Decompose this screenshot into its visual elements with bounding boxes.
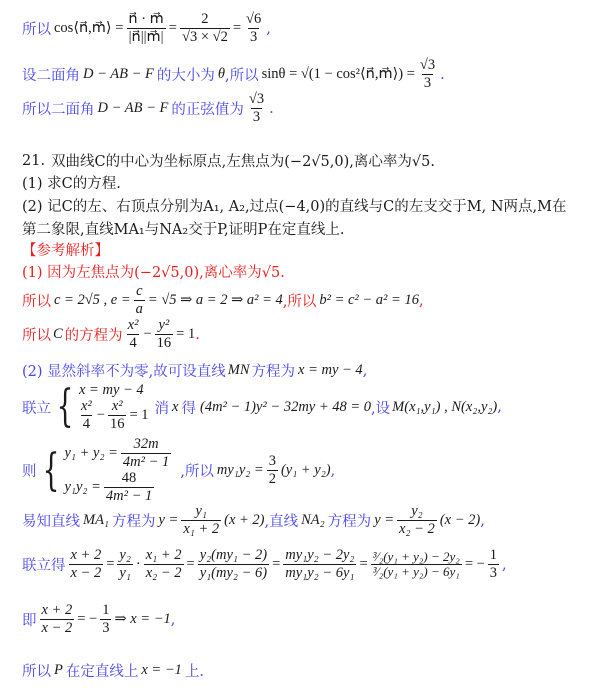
text: 则	[22, 460, 37, 481]
fraction: y²16	[155, 318, 174, 352]
text: ,	[331, 463, 336, 479]
text: ,	[171, 612, 176, 628]
text: 易知直线	[22, 510, 80, 531]
fraction: y₂y₁	[117, 548, 132, 582]
sol2-result: 即 x + 2x − 2 = − 13 ⇒ x = −1 ,	[22, 603, 175, 637]
text: (1) 求C的方程.	[22, 172, 121, 193]
fraction: x + 2x − 2	[40, 603, 75, 637]
problem-part2-line1: (2) 记C的左、右顶点分别为A₁, A₂,过点(−4,0)的直线与C的左支交于…	[22, 195, 566, 216]
math: = 1	[129, 407, 148, 424]
sol2-lines: 易知直线 MA₁ 方程为 y = y₁x₁ + 2 (x + 2) ,直线 NA…	[22, 504, 485, 538]
math: = −	[465, 556, 485, 573]
text: .	[269, 101, 274, 117]
text: ,	[266, 21, 271, 37]
text: 双曲线C的中心为坐标原点,左焦点为(−2√5,0),离心率为√5.	[51, 150, 435, 171]
math: (x − 2)	[440, 512, 480, 529]
math: D − AB − F	[98, 100, 169, 117]
fraction: 2√3 × √2	[180, 12, 230, 46]
math: =	[233, 20, 241, 37]
text: 所以	[22, 290, 51, 311]
fraction: y₂(my₁ − 2)y₁(my₂ − 6)	[198, 548, 269, 582]
text: ,	[363, 363, 368, 379]
math: =	[359, 556, 367, 573]
math: x = −1	[141, 662, 182, 679]
equation-system: { y₁ + y₂ = 32m4m² − 1 y₁y₂ = 484m² − 1	[37, 437, 175, 504]
text: 方程为	[112, 510, 156, 531]
prev-line-1: 所以 cos⟨n⃗,m⃗⟩ = n⃗ · m⃗|n⃗||m⃗| = 2√3 × …	[22, 12, 271, 46]
sol1-line2: 所以 c = 2√5 , e = ca = √5 ⇒ a = 2 ⇒ a² = …	[22, 284, 424, 318]
text: (2) 记C的左、右顶点分别为A₁, A₂,过点(−4,0)的直线与C的左支交于…	[22, 195, 566, 216]
math: y₁y₂ =	[65, 479, 101, 496]
math: y =	[374, 512, 394, 529]
math: = √5 ⇒ a = 2 ⇒ a² = 4	[148, 292, 283, 309]
fraction: x²16	[108, 399, 127, 433]
text: (2) 显然斜率不为零,故可设直线	[22, 360, 226, 381]
math: −	[143, 326, 151, 343]
fraction: 484m² − 1	[104, 471, 154, 505]
fraction: n⃗ · m⃗|n⃗||m⃗|	[126, 12, 165, 46]
text: 在定直线上	[66, 660, 139, 681]
text: 的大小为	[157, 64, 215, 85]
text: 上.	[185, 660, 204, 681]
math: (4m² − 1)y² − 32my + 48 = 0	[200, 399, 371, 416]
problem-part1: (1) 求C的方程.	[22, 172, 121, 193]
section-heading: 【参考解析】	[22, 239, 109, 260]
text: ,	[497, 399, 502, 415]
math: x = my − 4	[298, 362, 363, 379]
prev-line-3: 所以二面角 D − AB − F 的正弦值为 √33 .	[22, 92, 274, 126]
sol2-system: 联立 { x = my − 4 x²4 − x²16 = 1 消 x 得 (4m…	[22, 382, 502, 433]
text: 所以	[22, 324, 51, 345]
math: P	[54, 662, 63, 679]
text: 即	[22, 609, 37, 630]
text: ,所以	[225, 64, 259, 85]
math: y₁ + y₂ =	[65, 445, 118, 462]
fraction: 13	[488, 548, 499, 582]
math: M(x₁,y₁) , N(x₂,y₂)	[392, 399, 497, 416]
text: 得	[181, 397, 196, 418]
sol2-final: 所以 P 在定直线上 x = −1 上.	[22, 660, 204, 681]
math: my₁y₂ =	[217, 462, 264, 479]
text: ,	[419, 293, 424, 309]
math: MN	[228, 362, 250, 379]
math: =	[106, 556, 114, 573]
text: 方程为	[328, 510, 372, 531]
math: θ	[218, 66, 225, 83]
sol1-line3: 所以 C 的方程为 x²4 − y²16 = 1 .	[22, 318, 200, 352]
fraction: 32	[267, 454, 278, 488]
fraction: √33	[418, 58, 437, 92]
fraction: x₁ + 2x₂ − 2	[144, 548, 184, 582]
fraction: ca	[134, 284, 145, 318]
math: x = my − 4	[79, 382, 149, 399]
fraction: √63	[244, 12, 263, 46]
text: ,所以	[283, 290, 317, 311]
text: 设二面角	[22, 64, 80, 85]
text: 第二象限,直线MA₁与NA₂交于P,证明P在定直线上.	[22, 218, 345, 239]
text: ,	[502, 557, 507, 573]
math: b² = c² − a² = 16	[319, 292, 419, 309]
text: 的正弦值为	[171, 98, 244, 119]
text: 所以	[22, 660, 51, 681]
math: =	[272, 556, 280, 573]
problem-number: 21.	[22, 153, 45, 169]
text: 所以二面角	[22, 98, 95, 119]
problem-statement: 21. 双曲线C的中心为坐标原点,左焦点为(−2√5,0),离心率为√5.	[22, 150, 435, 171]
text: ,	[480, 513, 485, 529]
brace-icon: {	[42, 449, 59, 493]
text: 联立得	[22, 554, 66, 575]
math: =	[169, 20, 177, 37]
fraction: 13	[100, 603, 111, 637]
text: .	[440, 67, 445, 83]
fraction: ³⁄₂(y₁ + y₂) − 2y₂³⁄₂(y₁ + y₂) − 6y₁	[371, 550, 462, 580]
math: (y₁ + y₂)	[281, 462, 331, 479]
text: ,直线	[265, 510, 299, 531]
sol2-vieta: 则 { y₁ + y₂ = 32m4m² − 1 y₁y₂ = 484m² − …	[22, 437, 335, 504]
fraction: x²4	[126, 318, 141, 352]
math: ·	[136, 556, 141, 573]
problem-part2-line2: 第二象限,直线MA₁与NA₂交于P,证明P在定直线上.	[22, 218, 345, 239]
math: (x + 2)	[224, 512, 264, 529]
fraction: x²4	[79, 399, 94, 433]
sol2-line1: (2) 显然斜率不为零,故可设直线 MN 方程为 x = my − 4 ,	[22, 360, 367, 381]
math: ⇒ x = −1	[114, 611, 170, 628]
fraction: y₁x₁ + 2	[181, 504, 221, 538]
text: .	[195, 327, 200, 343]
fraction: my₁y₂ − 2y₂my₁y₂ − 6y₁	[283, 548, 356, 582]
text: (1) 因为左焦点为(−2√5,0),离心率为√5.	[22, 261, 285, 282]
fraction: y₂x₂ − 2	[397, 504, 437, 538]
answer-header: 【参考解析】	[22, 239, 109, 260]
text: 所以	[22, 18, 51, 39]
fraction: 32m4m² − 1	[121, 437, 171, 471]
text: 的方程为	[65, 324, 123, 345]
math: = 1	[176, 326, 195, 343]
fraction: x + 2x − 2	[69, 548, 104, 582]
math: c = 2√5 , e =	[54, 292, 131, 309]
prev-line-2: 设二面角 D − AB − F 的大小为 θ ,所以 sinθ = √(1 − …	[22, 58, 445, 92]
math: y =	[158, 512, 178, 529]
math: MA₁	[83, 512, 109, 529]
equation-system: { x = my − 4 x²4 − x²16 = 1	[51, 382, 149, 433]
math: = −	[77, 611, 97, 628]
text: 消	[155, 397, 170, 418]
math: C	[53, 326, 63, 343]
math: cos⟨n⃗,m⃗⟩ =	[54, 20, 123, 37]
math: D − AB − F	[83, 66, 154, 83]
math: NA₂	[301, 512, 325, 529]
brace-icon: {	[57, 385, 74, 429]
math: =	[187, 556, 195, 573]
text: ,设	[371, 397, 390, 418]
sol1-line1: (1) 因为左焦点为(−2√5,0),离心率为√5.	[22, 261, 285, 282]
math: sinθ = √(1 − cos²⟨n⃗,m⃗⟩) =	[262, 66, 415, 83]
text: 联立	[22, 397, 51, 418]
text: ,所以	[180, 460, 214, 481]
sol2-combine: 联立得 x + 2x − 2 = y₂y₁ · x₁ + 2x₂ − 2 = y…	[22, 548, 507, 582]
text: 方程为	[252, 360, 296, 381]
fraction: √33	[247, 92, 266, 126]
math: x	[172, 399, 178, 416]
